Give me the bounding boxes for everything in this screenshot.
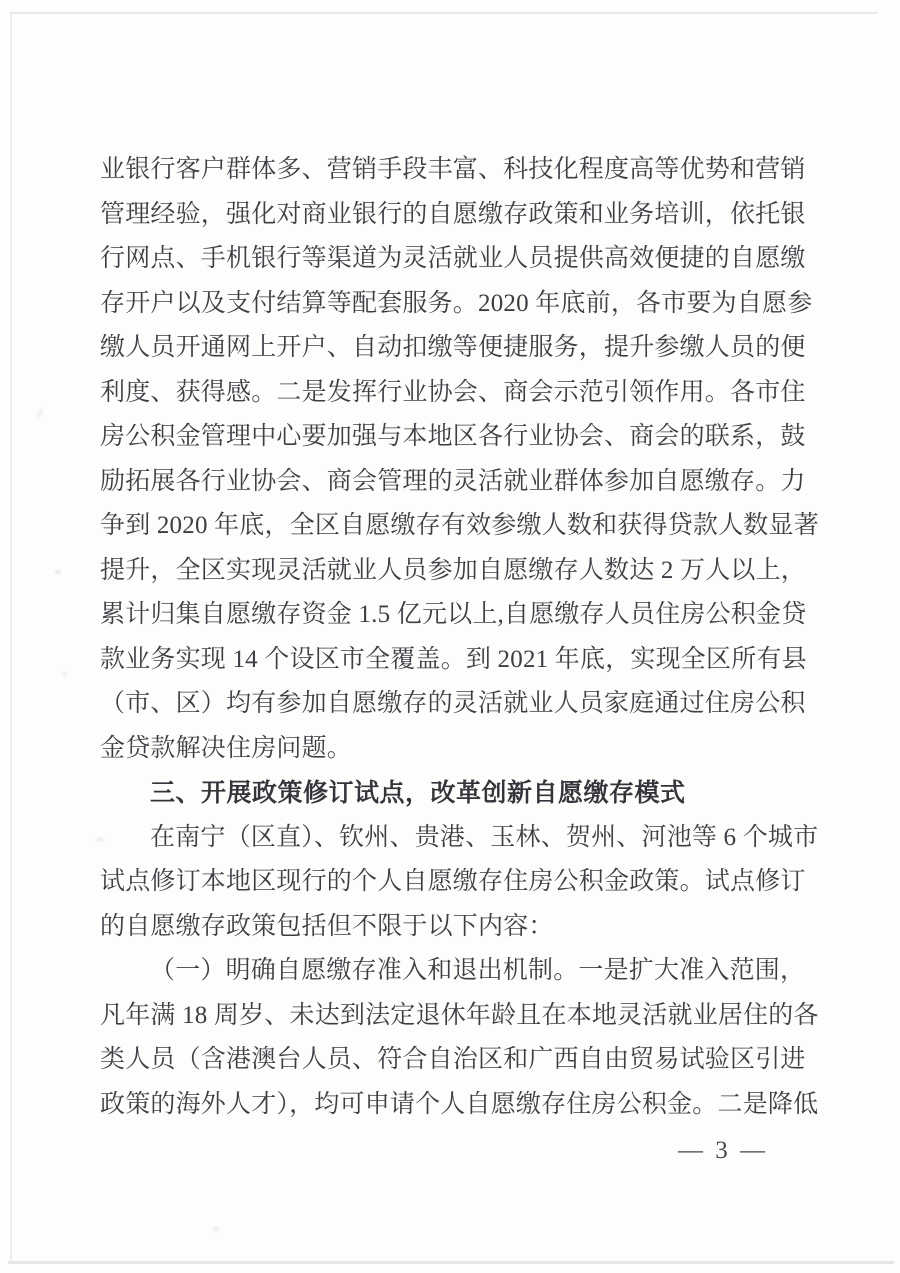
text-line: 在南宁（区直）、钦州、贵港、玉林、贺州、河池等 6 个城市 xyxy=(100,816,800,861)
scan-edge-left xyxy=(10,12,12,1262)
text-line: 款业务实现 14 个设区市全覆盖。到 2021 年底，实现全区所有县 xyxy=(100,638,800,683)
page-number: — 3 — xyxy=(678,1137,768,1165)
scan-speck xyxy=(62,672,67,676)
body-text: 业银行客户群体多、营销手段丰富、科技化程度高等优势和营销 管理经验，强化对商业银… xyxy=(100,148,800,1127)
text-line: 试点修订本地区现行的个人自愿缴存住房公积金政策。试点修订 xyxy=(100,860,800,905)
text-line: 存开户以及支付结算等配套服务。2020 年底前，各市要为自愿参 xyxy=(100,282,800,327)
scan-speck xyxy=(213,1227,219,1232)
text-line: 励拓展各行业协会、商会管理的灵活就业群体参加自愿缴存。力 xyxy=(100,460,800,505)
text-line: 凡年满 18 周岁、未达到法定退休年龄且在本地灵活就业居住的各 xyxy=(100,994,800,1039)
text-line: 利度、获得感。二是发挥行业协会、商会示范引领作用。各市住 xyxy=(100,371,800,416)
section-heading: 三、开展政策修订试点，改革创新自愿缴存模式 xyxy=(100,771,800,816)
text-line: 房公积金管理中心要加强与本地区各行业协会、商会的联系，鼓 xyxy=(100,415,800,460)
text-line: 金贷款解决住房问题。 xyxy=(100,727,800,772)
document-page: 业银行客户群体多、营销手段丰富、科技化程度高等优势和营销 管理经验，强化对商业银… xyxy=(0,0,900,1273)
text-line: 提升，全区实现灵活就业人员参加自愿缴存人数达 2 万人以上， xyxy=(100,549,800,594)
text-line: 类人员（含港澳台人员、符合自治区和广西自由贸易试验区引进 xyxy=(100,1038,800,1083)
scan-speck xyxy=(36,408,45,421)
text-line: 管理经验，强化对商业银行的自愿缴存政策和业务培训，依托银 xyxy=(100,193,800,238)
text-line: 争到 2020 年底，全区自愿缴存有效参缴人数和获得贷款人数显著 xyxy=(100,504,800,549)
scan-edge-bottom xyxy=(8,1261,894,1264)
text-line: 的自愿缴存政策包括但不限于以下内容： xyxy=(100,905,800,950)
text-line: 业银行客户群体多、营销手段丰富、科技化程度高等优势和营销 xyxy=(100,148,800,193)
text-line: （市、区）均有参加自愿缴存的灵活就业人员家庭通过住房公积 xyxy=(100,682,800,727)
text-line: 缴人员开通网上开户、自动扣缴等便捷服务，提升参缴人员的便 xyxy=(100,326,800,371)
text-line: 累计归集自愿缴存资金 1.5 亿元以上,自愿缴存人员住房公积金贷 xyxy=(100,593,800,638)
text-line: 行网点、手机银行等渠道为灵活就业人员提供高效便捷的自愿缴 xyxy=(100,237,800,282)
text-line: （一）明确自愿缴存准入和退出机制。一是扩大准入范围， xyxy=(100,949,800,994)
text-line: 政策的海外人才），均可申请个人自愿缴存住房公积金。二是降低 xyxy=(100,1083,800,1128)
scan-speck xyxy=(55,570,61,574)
scan-edge-top xyxy=(10,12,878,14)
